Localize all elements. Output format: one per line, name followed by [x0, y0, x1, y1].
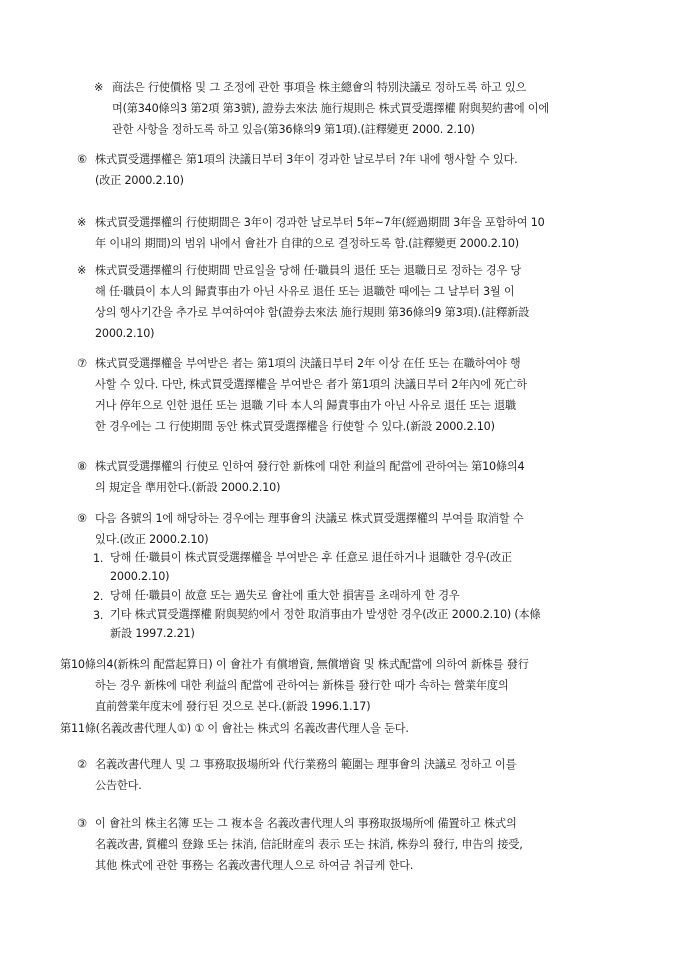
text-line: 이 會社의 株主名簿 또는 그 複本을 名義改書代理人의 事務取扱場所에 備置하… — [95, 813, 523, 834]
article-heading-line: 第11條(名義改書代理人①) ① 이 會社는 株式의 名義改書代理人을 둔다. — [60, 718, 409, 739]
text-line: 다음 各號의 1에 해당하는 경우에는 理事會의 決議로 株式買受選擇權의 부여… — [95, 508, 523, 529]
text-line: 관한 사항을 정하도록 하고 있음(第36條의9 第1項).(註釋變更 2000… — [112, 119, 549, 140]
text-line: 사할 수 있다. 다만, 株式買受選擇權을 부여받은 者가 第1項의 決議日부터… — [95, 374, 527, 395]
paragraph-7: ⑦ 株式買受選擇權을 부여받은 者는 第1項의 決議日부터 2年 이상 在任 또… — [95, 353, 527, 437]
text-line: 株式買受選擇權의 行使期間 만료일을 당해 任·職員의 退任 또는 退職日로 정… — [95, 260, 529, 281]
note-exercise-period: ※ 株式買受選擇權의 行使期間은 3年이 경과한 날로부터 5年~7年(經過期間… — [95, 212, 545, 254]
paragraph-9-item-3: 3. 기타 株式買受選擇權 附與契約에서 정한 取消事由가 발생한 경우(改正 … — [110, 605, 541, 643]
paragraph-9-item-2: 2. 당해 任·職員이 故意 또는 過失로 會社에 重大한 損害를 초래하게 한… — [110, 586, 459, 605]
text-line: 기타 株式買受選擇權 附與契約에서 정한 取消事由가 발생한 경우(改正 200… — [110, 605, 541, 624]
text-line: 公告한다. — [95, 775, 516, 796]
note-exercise-expiry: ※ 株式買受選擇權의 行使期間 만료일을 당해 任·職員의 退任 또는 退職日로… — [95, 260, 529, 344]
note-commercial-law: ※ 商法은 行使價格 및 그 조정에 관한 事項을 株主總會의 特別決議로 정하… — [112, 77, 549, 140]
circled-number-7: ⑦ — [77, 353, 87, 374]
paragraph-9: ⑨ 다음 各號의 1에 해당하는 경우에는 理事會의 決議로 株式買受選擇權의 … — [95, 508, 523, 550]
text-line: 있다.(改正 2000.2.10) — [95, 529, 523, 550]
text-line: 상의 행사기간을 추가로 부여하여야 함(證券去來法 施行規則 第36條의9 第… — [95, 302, 529, 323]
article-heading-line: 第10條의4(新株의 配當起算日) 이 會社가 有償增資, 無償增資 및 株式配… — [60, 654, 529, 675]
text-line: 名義改書代理人 및 그 事務取扱場所와 代行業務의 範圍는 理事會의 決議로 정… — [95, 754, 516, 775]
reference-mark-icon: ※ — [77, 260, 86, 281]
paragraph-6: ⑥ 株式買受選擇權은 第1項의 決議日부터 3年이 경과한 날로부터 ?年 내에… — [95, 149, 517, 191]
text-line: 2000.2.10) — [110, 567, 512, 586]
reference-mark-icon: ※ — [77, 212, 86, 233]
text-line: 年 이내의 期間)의 범위 내에서 會社가 自律的으로 결정하도록 함.(註釋變… — [95, 233, 545, 254]
text-line: 直前營業年度末에 發行된 것으로 본다.(新設 1996.1.17) — [60, 696, 529, 717]
text-line: 株式買受選擇權은 第1項의 決議日부터 3年이 경과한 날로부터 ?年 내에 행… — [95, 149, 517, 170]
circled-number-9: ⑨ — [77, 508, 87, 529]
article-11-paragraph-2: ② 名義改書代理人 및 그 事務取扱場所와 代行業務의 範圍는 理事會의 決議로… — [95, 754, 516, 796]
item-number: 3. — [93, 605, 103, 626]
text-line: 名義改書, 質權의 登錄 또는 抹消, 信託財産의 表示 또는 抹消, 株券의 … — [95, 834, 523, 855]
text-line: 株式買受選擇權의 行使로 인하여 發行한 新株에 대한 利益의 配當에 관하여는… — [95, 456, 524, 477]
text-line: 거나 停年으로 인한 退任 또는 退職 기타 本人의 歸責事由가 아닌 사유로 … — [95, 395, 527, 416]
text-line: 의 規定을 準用한다.(新設 2000.2.10) — [95, 477, 524, 498]
paragraph-8: ⑧ 株式買受選擇權의 行使로 인하여 發行한 新株에 대한 利益의 配當에 관하… — [95, 456, 524, 498]
text-line: 2000.2.10) — [95, 323, 529, 344]
reference-mark-icon: ※ — [94, 77, 103, 98]
circled-number-2: ② — [77, 754, 87, 775]
text-line: 其他 株式에 관한 事務는 名義改書代理人으로 하여금 취급케 한다. — [95, 855, 523, 876]
text-line: 株式買受選擇權을 부여받은 者는 第1項의 決議日부터 2年 이상 在任 또는 … — [95, 353, 527, 374]
text-line: (改正 2000.2.10) — [95, 170, 517, 191]
text-line: 하는 경우 新株에 대한 利益의 配當에 관하여는 新株를 發行한 때가 속하는… — [60, 675, 529, 696]
paragraph-9-item-1: 1. 당해 任·職員이 株式買受選擇權을 부여받은 후 任意로 退任하거나 退職… — [110, 548, 512, 586]
text-line: 당해 任·職員이 株式買受選擇權을 부여받은 후 任意로 退任하거나 退職한 경… — [110, 548, 512, 567]
text-line: 新設 1997.2.21) — [110, 624, 541, 643]
circled-number-3: ③ — [77, 813, 87, 834]
article-10-4: 第10條의4(新株의 配當起算日) 이 會社가 有償增資, 無償增資 및 株式配… — [60, 654, 529, 717]
text-line: 당해 任·職員이 故意 또는 過失로 會社에 重大한 損害를 초래하게 한 경우 — [110, 586, 459, 605]
circled-number-8: ⑧ — [77, 456, 87, 477]
item-number: 2. — [93, 586, 103, 607]
circled-number-6: ⑥ — [77, 149, 87, 170]
text-line: 株式買受選擇權의 行使期間은 3年이 경과한 날로부터 5年~7年(經過期間 3… — [95, 212, 545, 233]
item-number: 1. — [93, 548, 103, 569]
text-line: 며(第340條의3 第2項 第3號), 證券去來法 施行規則은 株式買受選擇權 … — [112, 98, 549, 119]
article-11: 第11條(名義改書代理人①) ① 이 會社는 株式의 名義改書代理人을 둔다. — [60, 718, 409, 739]
article-11-paragraph-3: ③ 이 會社의 株主名簿 또는 그 複本을 名義改書代理人의 事務取扱場所에 備… — [95, 813, 523, 876]
text-line: 해 任·職員이 本人의 歸責事由가 아닌 사유로 退任 또는 退職한 때에는 그… — [95, 281, 529, 302]
text-line: 商法은 行使價格 및 그 조정에 관한 事項을 株主總會의 特別決議로 정하도록… — [112, 77, 549, 98]
document-page: ※ 商法은 行使價格 및 그 조정에 관한 事項을 株主總會의 特別決議로 정하… — [0, 0, 680, 962]
text-line: 한 경우에는 그 行使期間 동안 株式買受選擇權을 行使할 수 있다.(新設 2… — [95, 416, 527, 437]
